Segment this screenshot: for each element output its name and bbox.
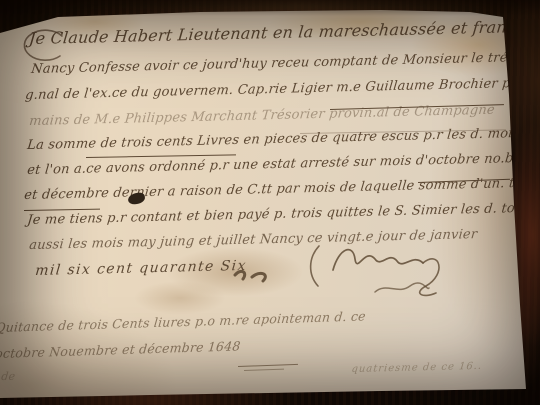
end-flourish-icon	[232, 266, 276, 284]
manuscript-line-7: et décembre dernier a raison de C.tt par…	[24, 176, 521, 203]
ink-underline	[244, 369, 284, 372]
paper: Je Claude Habert Lieutenant en la maresc…	[0, 0, 540, 405]
manuscript-line-8: Je me tiens p.r contant et bien payé p. …	[27, 201, 538, 228]
manuscript-line-3: g.nal de l'ex.ce du gouvernem. Cap.rie L…	[25, 75, 540, 103]
manuscript-line-10: mil six cent quarante Six	[34, 258, 247, 279]
annotation-line-2: octobre Nouembre et décembre 1648	[0, 338, 241, 361]
manuscript-line-6: et l'on a.ce avons ordonné p.r une estat…	[27, 151, 529, 178]
manuscript-photo: Je Claude Habert Lieutenant en la maresc…	[0, 0, 540, 405]
signature-underflourish-icon	[372, 280, 432, 298]
annotation-small-left: de	[1, 370, 16, 383]
annotation-small-right: quatriesme de ce 16..	[351, 361, 483, 375]
manuscript-line-1: Je Claude Habert Lieutenant en la maresc…	[28, 15, 540, 48]
manuscript-line-2: Nancy Confesse avoir ce jourd'huy receu …	[31, 49, 540, 77]
ink-underline	[238, 364, 298, 367]
annotation-line-1: Quitance de trois Cents liures p.o m.re …	[0, 308, 367, 335]
